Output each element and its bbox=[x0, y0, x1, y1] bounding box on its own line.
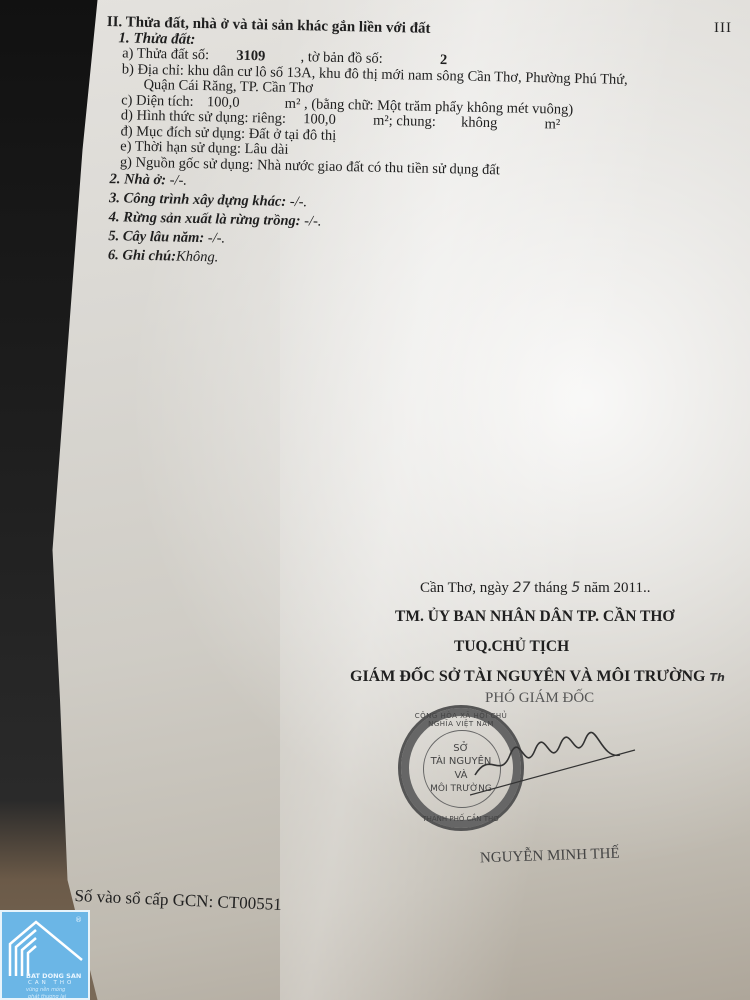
watermark-logo: ® BAT DONG SAN CAN THO vững nền móng phá… bbox=[0, 910, 90, 1000]
term-value: Lâu dài bbox=[244, 141, 288, 158]
deputy-title: PHÓ GIÁM ĐỐC bbox=[485, 690, 594, 707]
issuing-org: TM. ỦY BAN NHÂN DÂN TP. CẦN THƠ bbox=[395, 608, 674, 626]
parcel-number: 3109 bbox=[236, 48, 265, 65]
registry-value: CT00551 bbox=[217, 892, 282, 914]
area-value: 100,0 bbox=[207, 94, 240, 111]
address-label: b) Địa chỉ: bbox=[122, 61, 184, 78]
issue-date: Cần Thơ, ngày 27 tháng 5 năm 2011.. bbox=[420, 580, 651, 597]
house-logo-icon bbox=[6, 916, 86, 976]
area-unit: m² bbox=[285, 95, 301, 111]
usage-shared: không bbox=[461, 114, 498, 131]
signature-icon bbox=[470, 720, 640, 800]
map-number: 2 bbox=[440, 52, 448, 68]
land-section: II. Thửa đất, nhà ở và tài sản khác gắn … bbox=[100, 14, 745, 278]
issue-month: 5 bbox=[571, 580, 580, 596]
usage-shared-unit: m² bbox=[544, 116, 560, 132]
director-title: GIÁM ĐỐC SỞ TÀI NGUYÊN VÀ MÔI TRƯỜNG Th bbox=[350, 668, 725, 686]
issue-day: 27 bbox=[513, 580, 531, 596]
on-behalf: TUQ.CHỦ TỊCH bbox=[454, 638, 569, 656]
usage-private-unit: m²; chung: bbox=[373, 113, 436, 130]
usage-private: 100,0 bbox=[303, 111, 336, 128]
initial-mark: Th bbox=[709, 671, 724, 684]
